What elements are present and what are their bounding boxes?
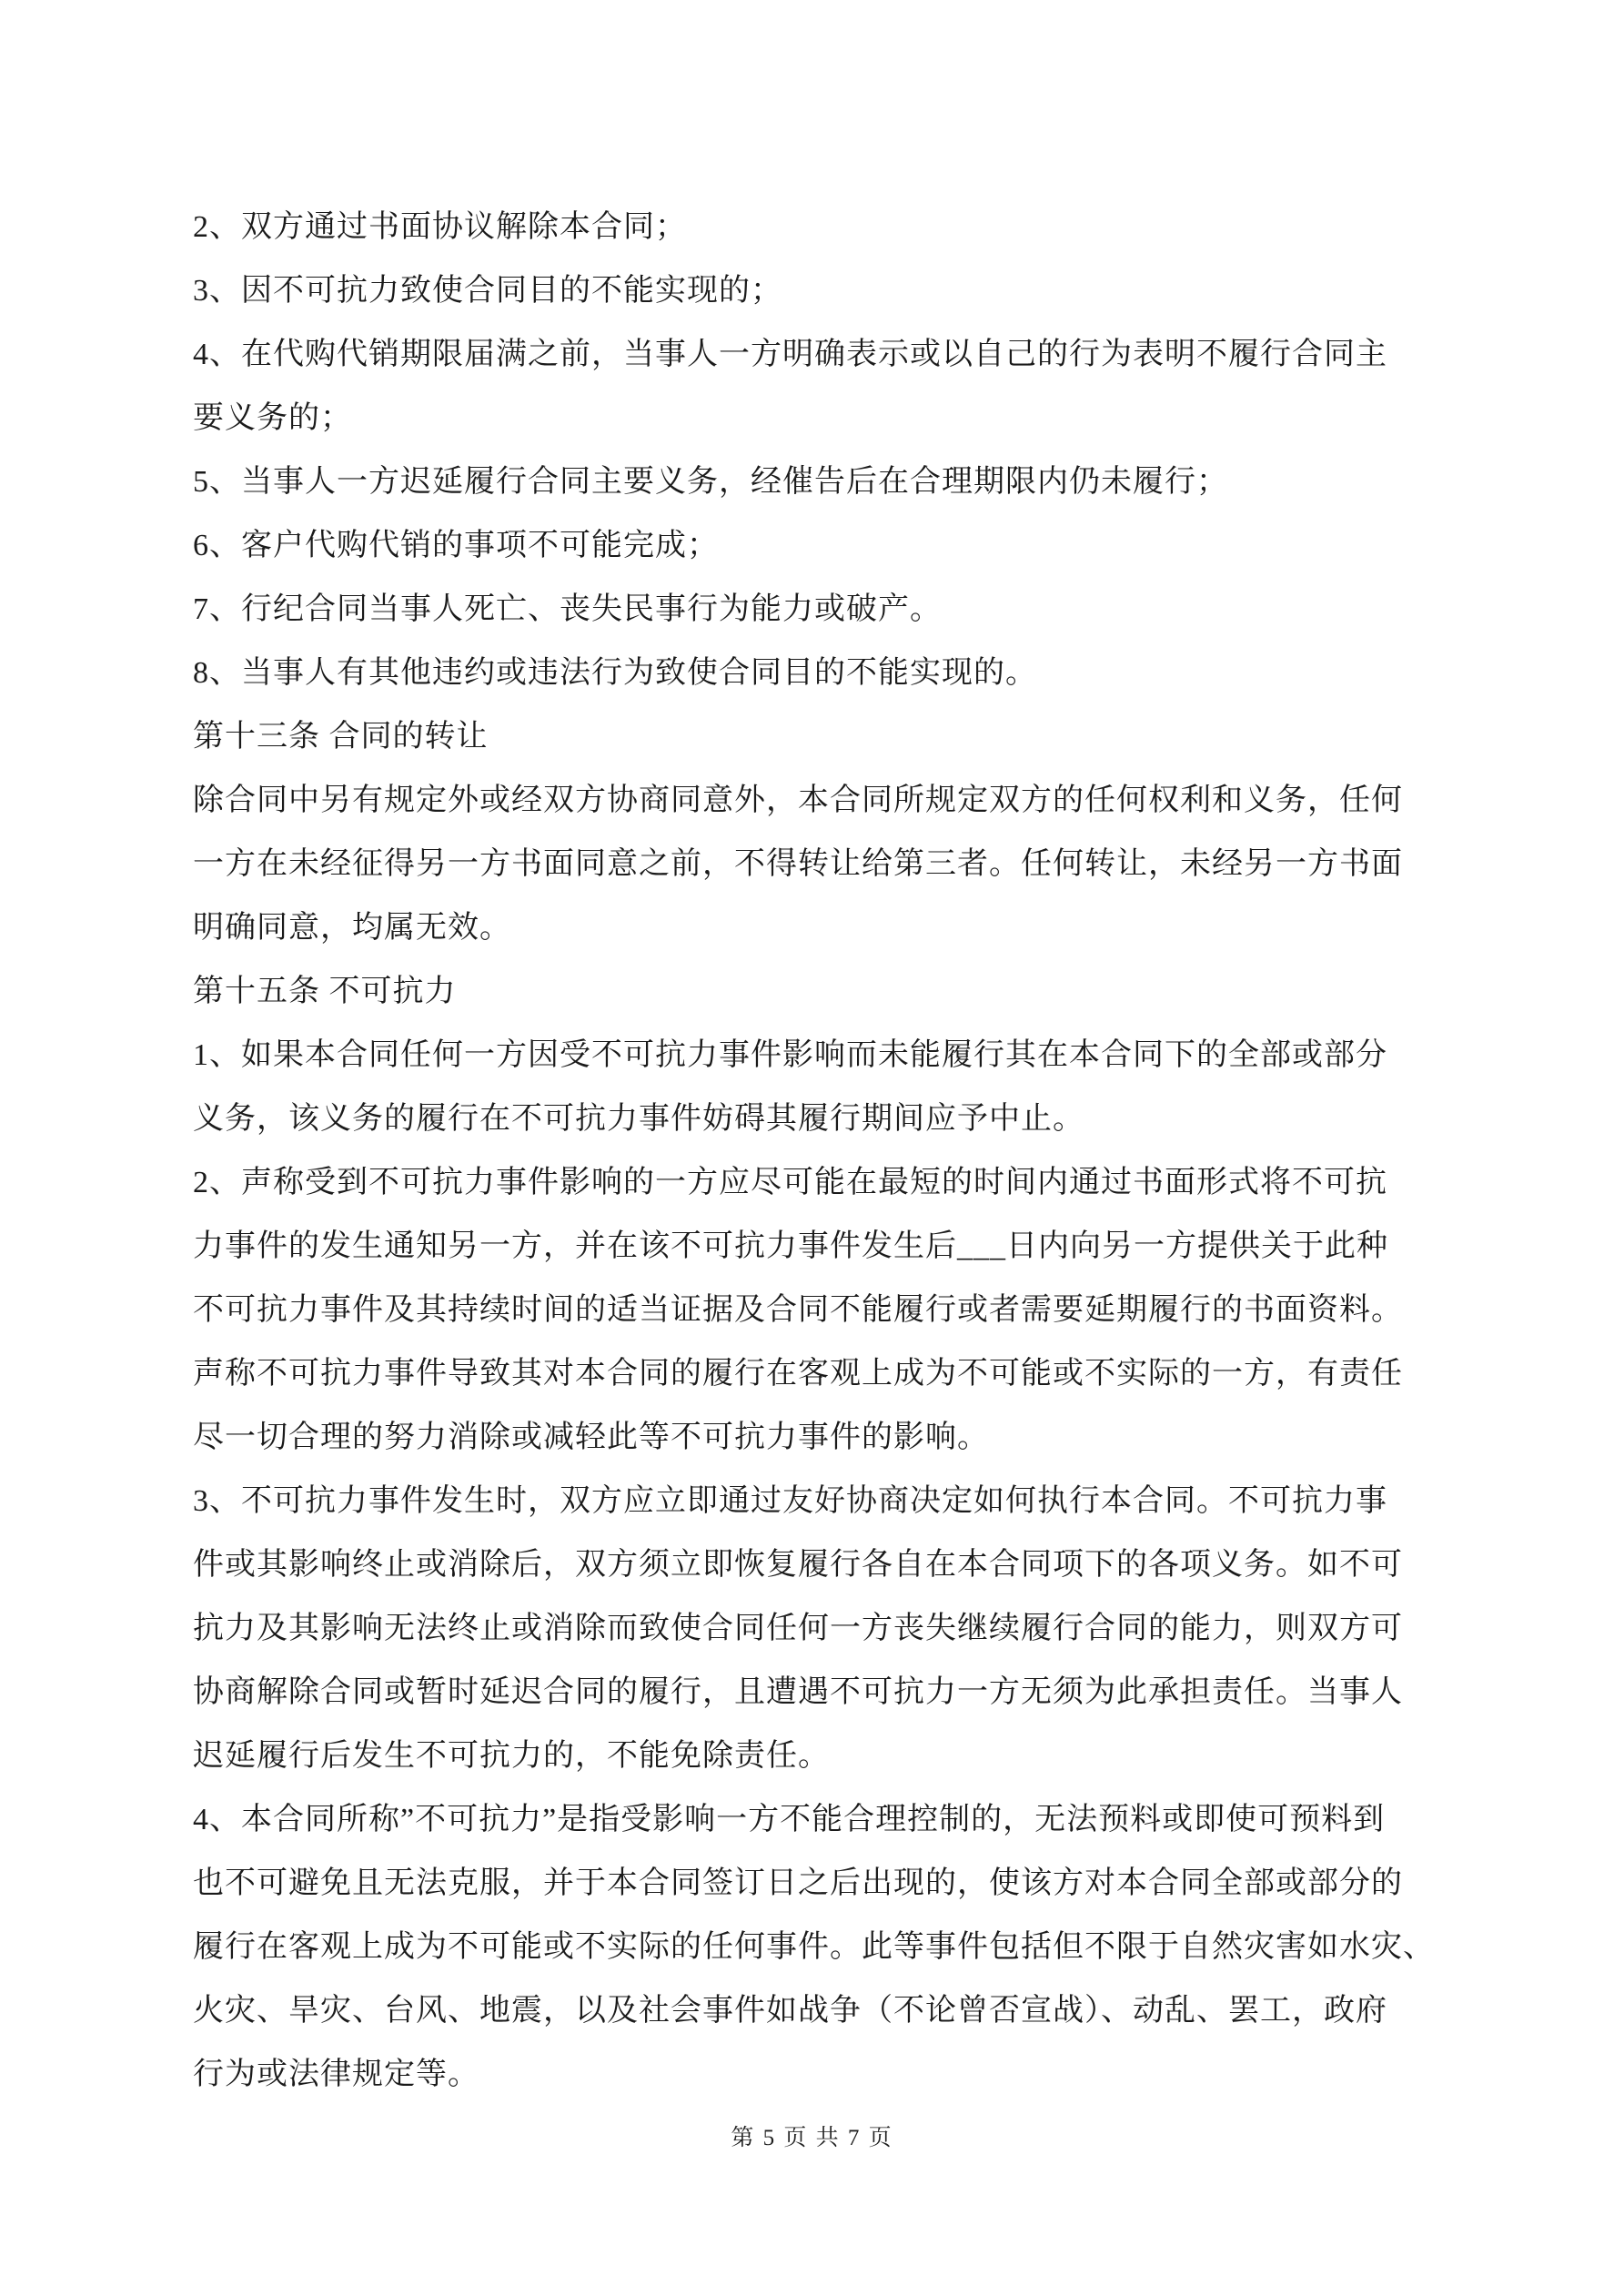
text-line: 一方在未经征得另一方书面同意之前，不得转让给第三者。任何转让，未经另一方书面 xyxy=(193,833,1448,896)
text-line: 件或其影响终止或消除后，双方须立即恢复履行各自在本合同项下的各项义务。如不可 xyxy=(193,1533,1448,1597)
section-heading: 第十五条 不可抗力 xyxy=(193,960,1448,1024)
text-line: 明确同意，均属无效。 xyxy=(193,896,1448,960)
text-line: 6、客户代购代销的事项不可能完成； xyxy=(193,514,1448,578)
text-line: 4、在代购代销期限届满之前，当事人一方明确表示或以自己的行为表明不履行合同主 xyxy=(193,323,1448,387)
document-content: 2、双方通过书面协议解除本合同； 3、因不可抗力致使合同目的不能实现的； 4、在… xyxy=(193,196,1448,2107)
text-line: 力事件的发生通知另一方，并在该不可抗力事件发生后___日内向另一方提供关于此种 xyxy=(193,1215,1448,1279)
text-line: 不可抗力事件及其持续时间的适当证据及合同不能履行或者需要延期履行的书面资料。 xyxy=(193,1279,1448,1342)
text-line: 7、行纪合同当事人死亡、丧失民事行为能力或破产。 xyxy=(193,578,1448,642)
text-line: 尽一切合理的努力消除或减轻此等不可抗力事件的影响。 xyxy=(193,1406,1448,1470)
text-line: 除合同中另有规定外或经双方协商同意外，本合同所规定双方的任何权利和义务，任何 xyxy=(193,769,1448,833)
text-line: 3、因不可抗力致使合同目的不能实现的； xyxy=(193,259,1448,323)
text-line: 履行在客观上成为不可能或不实际的任何事件。此等事件包括但不限于自然灾害如水灾、 xyxy=(193,1916,1448,1979)
text-line: 协商解除合同或暂时延迟合同的履行，且遭遇不可抗力一方无须为此承担责任。当事人 xyxy=(193,1661,1448,1725)
text-line: 火灾、旱灾、台风、地震，以及社会事件如战争（不论曾否宣战）、动乱、罢工，政府 xyxy=(193,1979,1448,2043)
text-line: 声称不可抗力事件导致其对本合同的履行在客观上成为不可能或不实际的一方，有责任 xyxy=(193,1342,1448,1406)
text-line: 要义务的； xyxy=(193,387,1448,450)
text-line: 4、本合同所称”不可抗力”是指受影响一方不能合理控制的，无法预料或即使可预料到 xyxy=(193,1788,1448,1852)
text-line: 2、声称受到不可抗力事件影响的一方应尽可能在最短的时间内通过书面形式将不可抗 xyxy=(193,1151,1448,1215)
text-line: 1、如果本合同任何一方因受不可抗力事件影响而未能履行其在本合同下的全部或部分 xyxy=(193,1024,1448,1087)
text-line: 迟延履行后发生不可抗力的，不能免除责任。 xyxy=(193,1725,1448,1788)
text-line: 2、双方通过书面协议解除本合同； xyxy=(193,196,1448,259)
text-line: 行为或法律规定等。 xyxy=(193,2043,1448,2107)
section-heading: 第十三条 合同的转让 xyxy=(193,705,1448,769)
text-line: 义务，该义务的履行在不可抗力事件妨碍其履行期间应予中止。 xyxy=(193,1087,1448,1151)
text-line: 也不可避免且无法克服，并于本合同签订日之后出现的，使该方对本合同全部或部分的 xyxy=(193,1852,1448,1916)
text-line: 抗力及其影响无法终止或消除而致使合同任何一方丧失继续履行合同的能力，则双方可 xyxy=(193,1597,1448,1661)
text-line: 5、当事人一方迟延履行合同主要义务，经催告后在合理期限内仍未履行； xyxy=(193,450,1448,514)
document-page: 2、双方通过书面协议解除本合同； 3、因不可抗力致使合同目的不能实现的； 4、在… xyxy=(0,0,1624,2296)
page-footer: 第 5 页 共 7 页 xyxy=(0,2119,1624,2152)
text-line: 8、当事人有其他违约或违法行为致使合同目的不能实现的。 xyxy=(193,642,1448,705)
text-line: 3、不可抗力事件发生时，双方应立即通过友好协商决定如何执行本合同。不可抗力事 xyxy=(193,1470,1448,1533)
